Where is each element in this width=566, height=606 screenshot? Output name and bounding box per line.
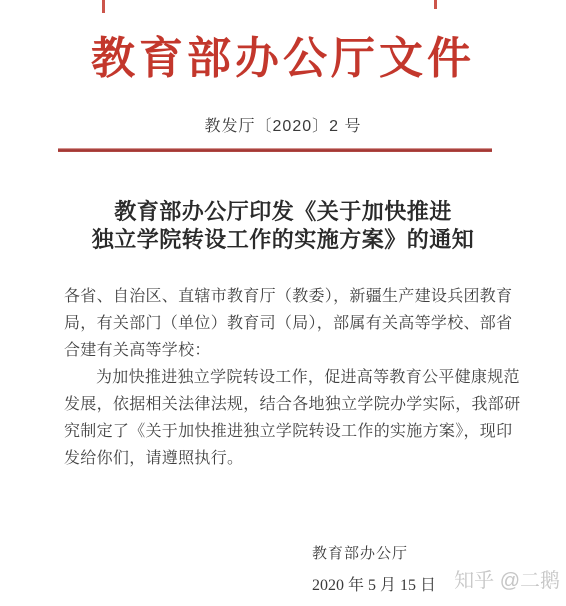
main-paragraph-line-3: 究制定了《关于加快推进独立学院转设工作的实施方案》，现印: [64, 418, 516, 445]
document-date: 2020 年 5 月 15 日: [312, 572, 436, 595]
top-crop-mark-right: [434, 0, 437, 9]
addressee-line-3: 合建有关高等学校：: [64, 337, 516, 364]
doc-number: 教发厅〔2020〕2 号: [0, 116, 566, 138]
document-page: 教育部办公厅文件 教发厅〔2020〕2 号 教育部办公厅印发《关于加快推进 独立…: [0, 0, 566, 606]
main-paragraph-line-4: 发给你们，请遵照执行。: [64, 445, 516, 472]
addressee-line-2: 局，有关部门（单位）教育司（局），部属有关高等学校、部省: [64, 310, 516, 337]
main-paragraph: 为加快推进独立学院转设工作，促进高等教育公平健康规范 发展，依据相关法律法规，结…: [64, 364, 516, 472]
issuing-office-signature: 教育部办公厅: [312, 542, 408, 563]
top-crop-mark-left: [102, 0, 105, 13]
red-divider-line: [58, 148, 492, 152]
notice-title: 教育部办公厅印发《关于加快推进 独立学院转设工作的实施方案》的通知: [0, 198, 566, 254]
notice-title-line-2: 独立学院转设工作的实施方案》的通知: [0, 226, 566, 254]
letterhead-title: 教育部办公厅文件: [0, 30, 566, 88]
zhihu-watermark: 知乎 @二鹅: [454, 569, 560, 593]
notice-title-line-1: 教育部办公厅印发《关于加快推进: [0, 198, 566, 226]
addressee-line-1: 各省、自治区、直辖市教育厅（教委），新疆生产建设兵团教育: [64, 283, 516, 310]
main-paragraph-line-2: 发展，依据相关法律法规，结合各地独立学院办学实际，我部研: [64, 391, 516, 418]
main-paragraph-line-1: 为加快推进独立学院转设工作，促进高等教育公平健康规范: [64, 364, 516, 391]
addressee-paragraph: 各省、自治区、直辖市教育厅（教委），新疆生产建设兵团教育 局，有关部门（单位）教…: [64, 283, 516, 364]
